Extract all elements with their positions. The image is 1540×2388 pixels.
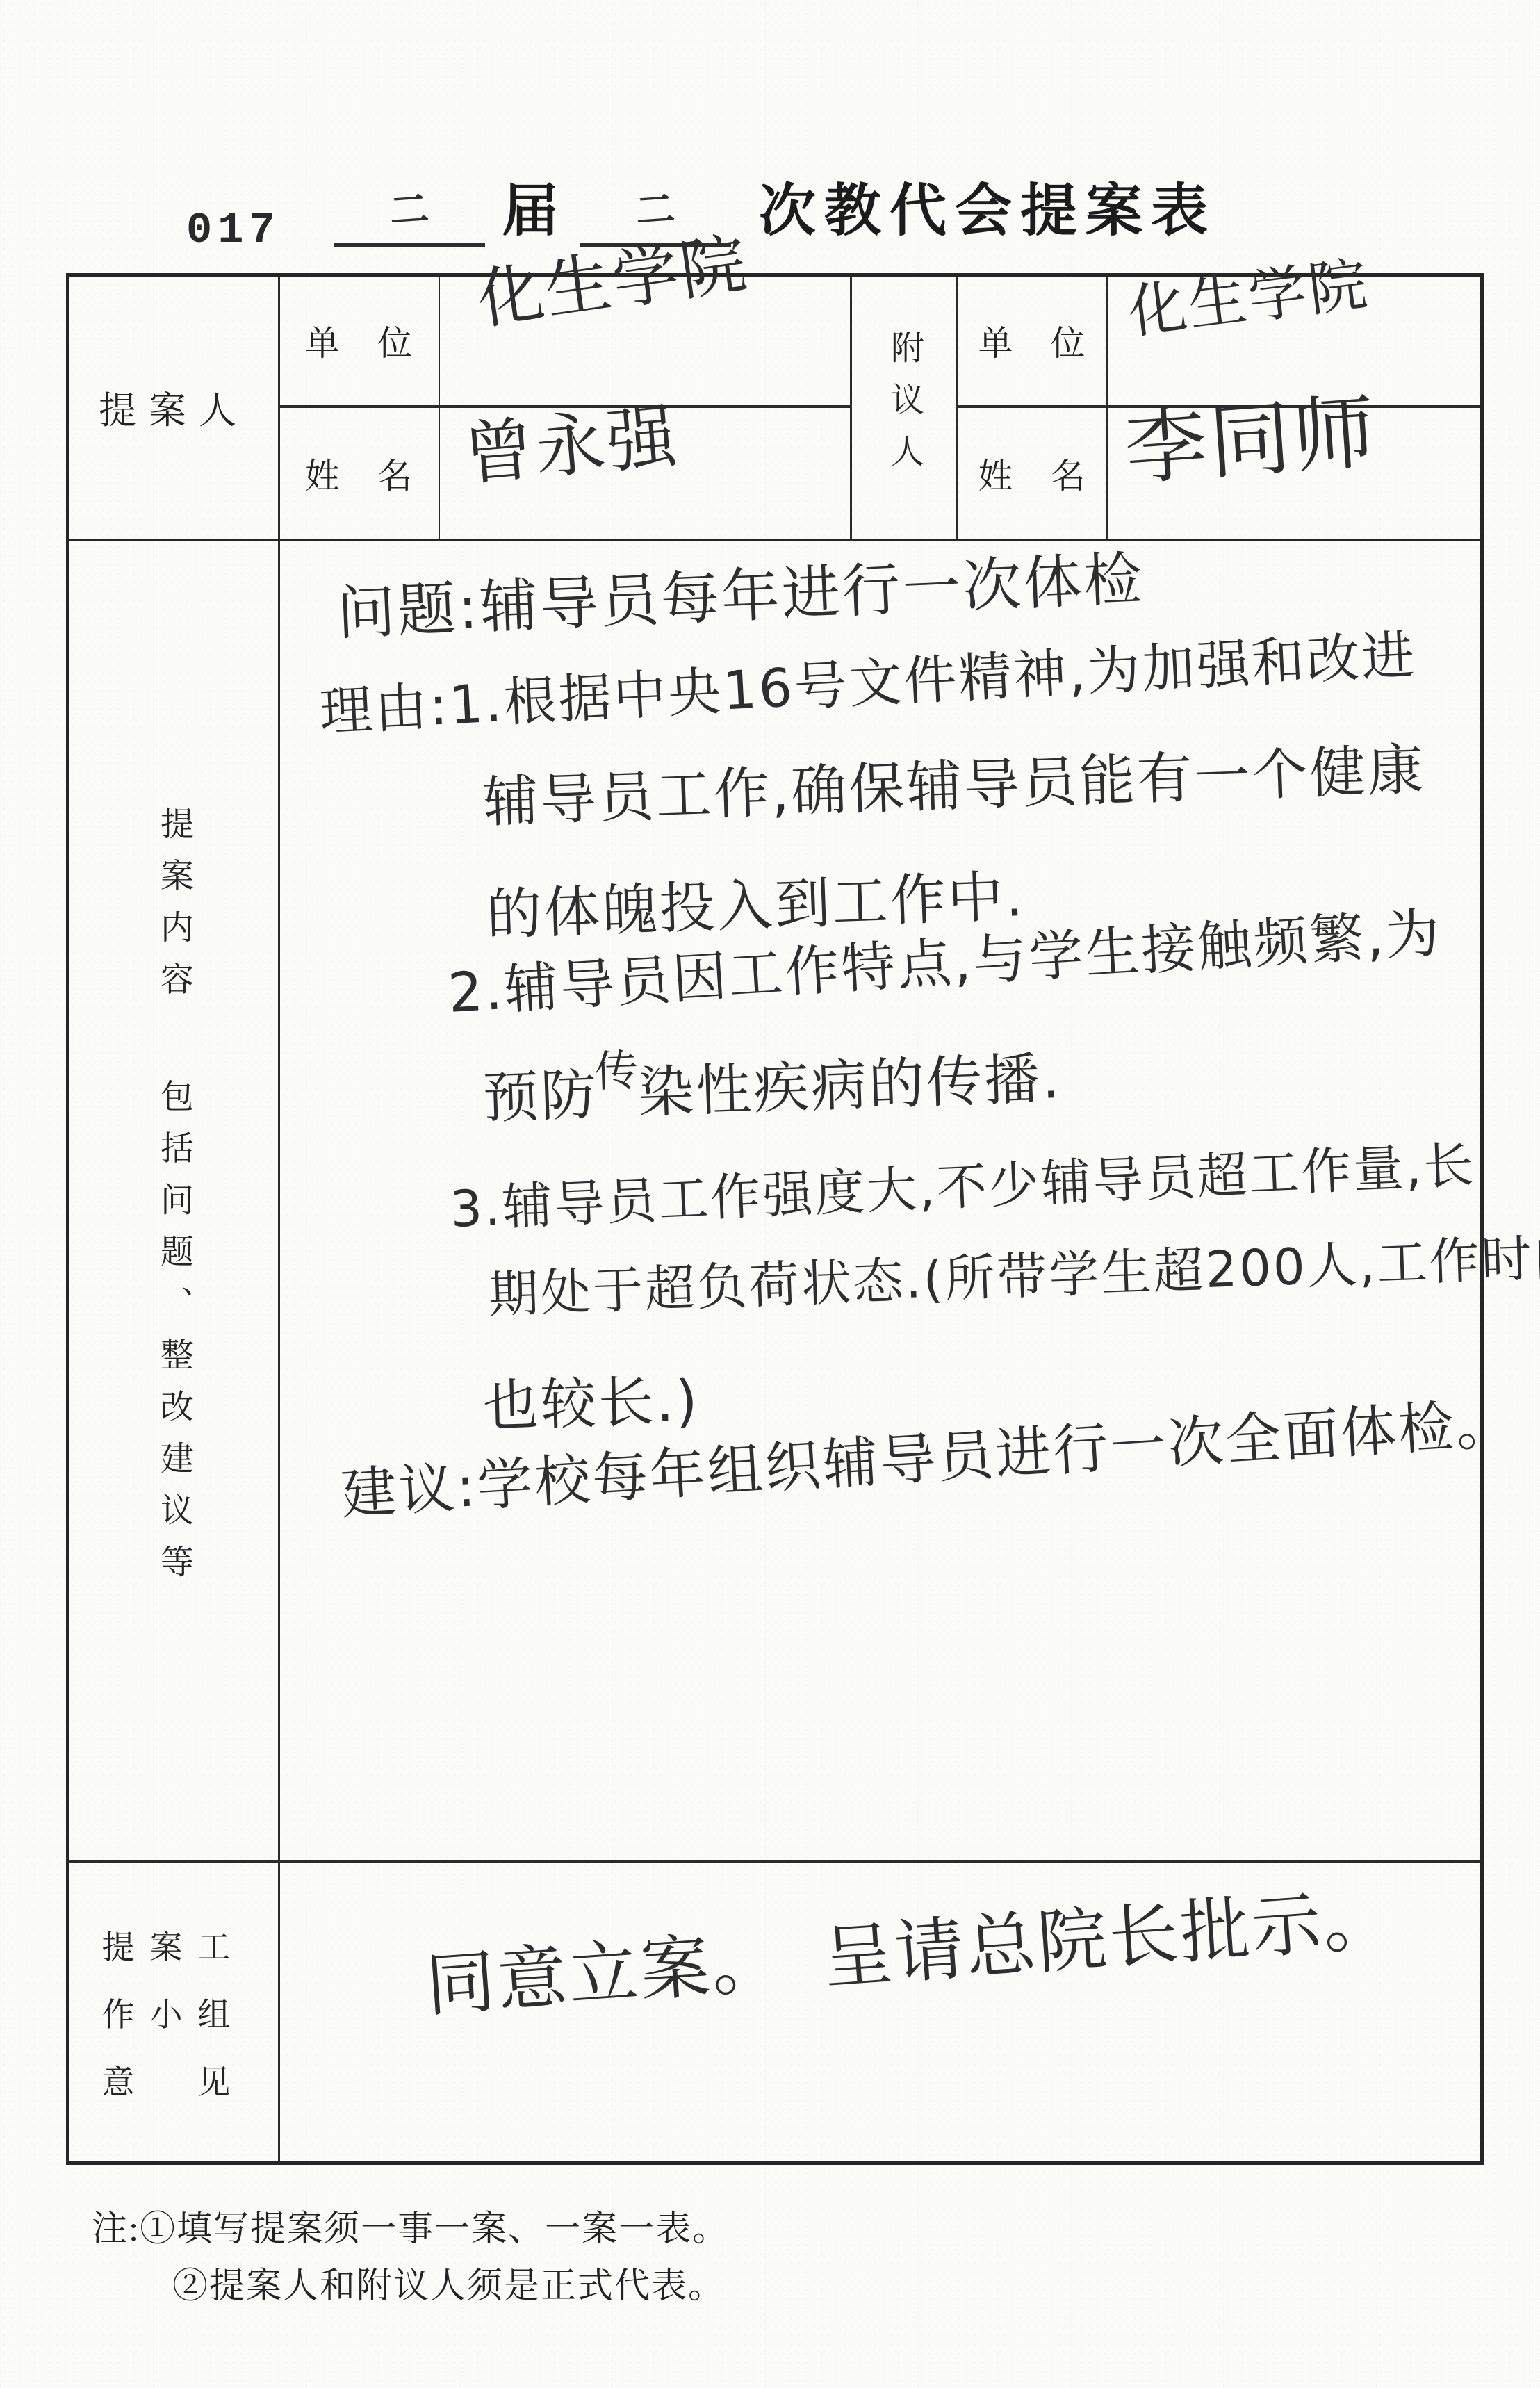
title-blank-first-value: 二 bbox=[388, 190, 430, 231]
content-label-sub: 包括问题、整改建议等 bbox=[156, 1079, 192, 1596]
form-title: 二 届 二 次教代会提案表 bbox=[0, 165, 1540, 247]
content-line-reason-3c: 也较长.) bbox=[482, 1373, 701, 1434]
people-row: 提案人 单 位 化生学院 姓 名 曾永强 附议人 单 位 化生学 bbox=[69, 277, 1480, 541]
opinion-handwriting: 同意立案。呈请总院长批示。 bbox=[424, 1884, 1398, 2021]
content-body: 问题:辅导员每年进行一次体检 理由:1.根据中央16号文件精神,为加强和改进 辅… bbox=[280, 541, 1480, 1860]
scanned-proposal-form: { "header": { "form_number": "017", "tit… bbox=[0, 0, 1540, 2388]
proposal-table: 提案人 单 位 化生学院 姓 名 曾永强 附议人 单 位 化生学 bbox=[66, 273, 1484, 2165]
opinion-label-line3: 意 见 bbox=[101, 2056, 247, 2103]
content-row: 提案内容包括问题、整改建议等 问题:辅导员每年进行一次体检 理由:1.根据中央1… bbox=[69, 541, 1480, 1863]
note-1-text: ①填写提案须一事一案、一案一表。 bbox=[140, 2210, 729, 2249]
seconder-name-row: 姓 名 李同师 bbox=[958, 408, 1480, 539]
opinion-row: 提案工 作小组 意 见 同意立案。呈请总院长批示。 bbox=[69, 1863, 1480, 2161]
proposer-name-row: 姓 名 曾永强 bbox=[280, 408, 850, 539]
content-line-reason-3b: 期处于超负荷状态.(所带学生超200人,工作时间 bbox=[488, 1232, 1540, 1320]
opinion-forward: 呈请总院长批示。 bbox=[820, 1878, 1397, 1999]
content-label-main: 提案内容 bbox=[156, 806, 192, 1013]
content-line-reason-2b: 预防传染性疾病的传播. bbox=[482, 1051, 1063, 1127]
proposer-label: 提案人 bbox=[69, 277, 280, 539]
opinion-body: 同意立案。呈请总院长批示。 bbox=[280, 1863, 1480, 2161]
note-prefix: 注: bbox=[92, 2210, 140, 2249]
opinion-label-column: 提案工 作小组 意 见 bbox=[69, 1863, 280, 2161]
proposer-fields: 单 位 化生学院 姓 名 曾永强 bbox=[280, 277, 852, 539]
seconder-fields: 单 位 化生学院 姓 名 李同师 bbox=[958, 277, 1480, 539]
opinion-label-line2: 作小组 bbox=[101, 1989, 247, 2036]
proposer-unit-row: 单 位 化生学院 bbox=[280, 277, 850, 408]
title-blank-first: 二 bbox=[334, 173, 485, 247]
seconder-label: 附议人 bbox=[852, 277, 958, 539]
content-label-text: 提案内容包括问题、整改建议等 bbox=[150, 806, 198, 1596]
footer-note-1: 注:①填写提案须一事一案、一案一表。 bbox=[92, 2202, 729, 2259]
seconder-unit-label: 单 位 bbox=[958, 277, 1108, 405]
seconder-unit-value: 化生学院 bbox=[1125, 254, 1373, 342]
opinion-approve: 同意立案。 bbox=[423, 1920, 786, 2027]
seconder-name-label: 姓 名 bbox=[958, 408, 1108, 539]
title-suffix: 次教代会提案表 bbox=[759, 165, 1216, 247]
title-blank-second-value: 二 bbox=[634, 190, 676, 231]
content-line-problem: 问题:辅导员每年进行一次体检 bbox=[336, 549, 1145, 643]
opinion-gap bbox=[785, 1982, 825, 1985]
inserted-char: 传 bbox=[594, 1049, 641, 1094]
seconder-unit-field: 化生学院 bbox=[1108, 277, 1480, 405]
proposer-name-label: 姓 名 bbox=[280, 408, 440, 539]
opinion-label-line1: 提案工 bbox=[101, 1922, 247, 1968]
content-line-reason-1b: 辅导员工作,确保辅导员能有一个健康 bbox=[482, 742, 1426, 831]
seconder-unit-row: 单 位 化生学院 bbox=[958, 277, 1480, 408]
line-post: 染性疾病的传播. bbox=[637, 1046, 1063, 1125]
content-line-reason-1: 理由:1.根据中央16号文件精神,为加强和改进 bbox=[318, 628, 1418, 739]
proposer-unit-field: 化生学院 bbox=[440, 277, 850, 405]
title-session-char: 届 bbox=[502, 165, 563, 247]
proposer-unit-label: 单 位 bbox=[280, 277, 440, 405]
proposer-signature: 曾永强 bbox=[461, 402, 682, 490]
footer-note-2: ②提案人和附议人须是正式代表。 bbox=[92, 2259, 729, 2316]
line-pre: 预防 bbox=[482, 1062, 599, 1131]
content-line-reason-3: 3.辅导员工作强度大,不少辅导员超工作量,长 bbox=[449, 1140, 1476, 1234]
seconder-label-text: 附议人 bbox=[880, 330, 928, 485]
seconder-signature: 李同师 bbox=[1122, 390, 1379, 489]
content-label-column: 提案内容包括问题、整改建议等 bbox=[69, 541, 280, 1860]
proposer-name-field: 曾永强 bbox=[440, 408, 850, 539]
footer-notes: 注:①填写提案须一事一案、一案一表。 ②提案人和附议人须是正式代表。 bbox=[92, 2202, 729, 2315]
seconder-name-field: 李同师 bbox=[1108, 408, 1480, 539]
